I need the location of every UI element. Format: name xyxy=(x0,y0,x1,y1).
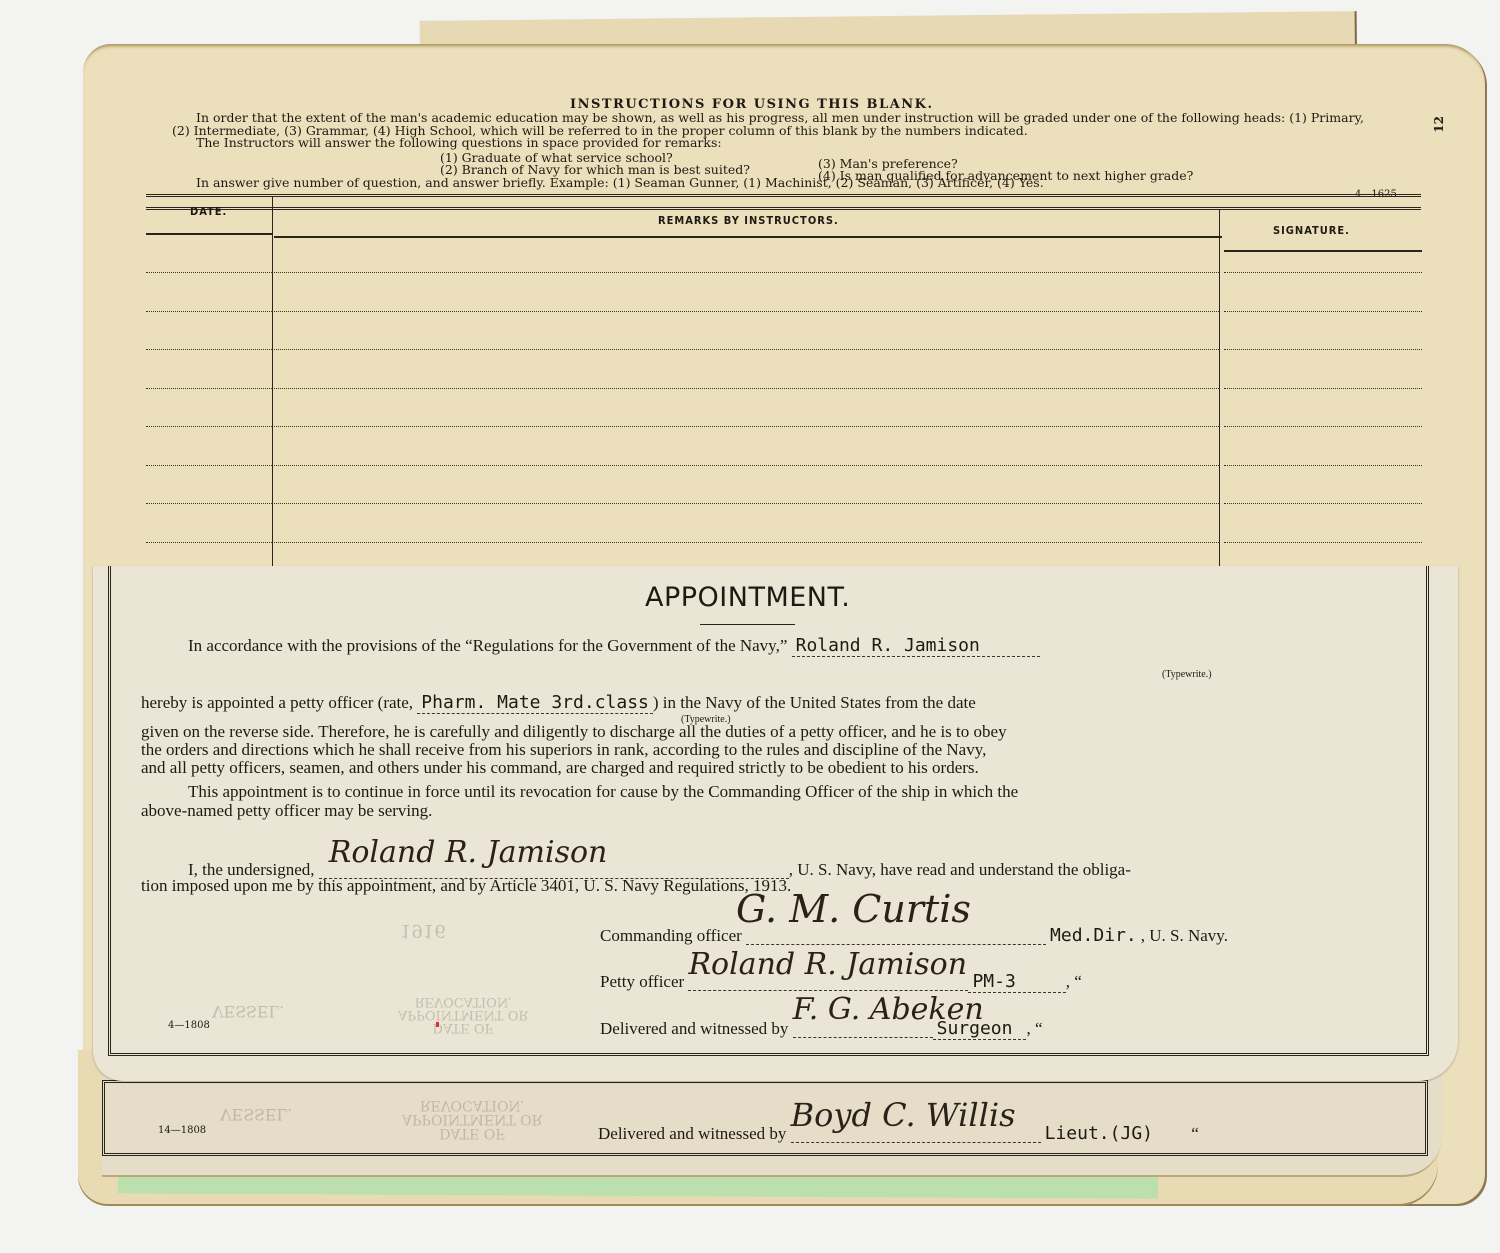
revocation-line-1: This appointment is to continue in force… xyxy=(188,783,1018,801)
table-row-line xyxy=(274,272,1219,273)
column-divider-signature xyxy=(1219,210,1220,582)
table-row-line xyxy=(146,349,272,350)
column-divider-date xyxy=(272,196,273,566)
petty-officer-signature: Roland R. Jamison xyxy=(688,956,967,974)
table-row-line xyxy=(1224,272,1422,273)
rate-field: Pharm. Mate 3rd.class xyxy=(417,692,653,714)
duties-line-2: the orders and directions which he shall… xyxy=(141,741,986,759)
column-header-signature: SIGNATURE. xyxy=(1273,224,1350,237)
table-row-line xyxy=(1224,542,1422,543)
appointment-slip-back-border xyxy=(102,1080,1428,1156)
table-row-line xyxy=(146,465,272,466)
table-row-line xyxy=(274,426,1219,427)
table-row-line xyxy=(274,542,1219,543)
table-row-line xyxy=(274,349,1219,350)
commanding-officer-signature: G. M. Curtis xyxy=(736,900,971,918)
undersigned-line-2: tion imposed upon me by this appointment… xyxy=(141,877,791,895)
table-row-line xyxy=(1224,426,1422,427)
table-row-line xyxy=(146,388,272,389)
appointment-title: APPOINTMENT. xyxy=(645,582,850,613)
under-witness-signature: Boyd C. Willis xyxy=(791,1106,1016,1124)
table-row-line xyxy=(274,388,1219,389)
answer-note: In answer give number of question, and a… xyxy=(196,176,1044,189)
table-row-line xyxy=(146,542,272,543)
form-number-appointment: 4—1808 xyxy=(168,1020,210,1031)
table-row-line xyxy=(1224,465,1422,466)
header-rule-2 xyxy=(146,207,1421,210)
commanding-officer-line: Commanding officer G. M. Curtis Med.Dir.… xyxy=(600,926,1228,945)
page-number: 12 xyxy=(1432,116,1446,133)
petty-officer-line: Petty officer Roland R. Jamison PM-3, “ xyxy=(600,972,1082,991)
table-row-line xyxy=(1224,311,1422,312)
table-row-line xyxy=(146,272,272,273)
column-header-date: DATE. xyxy=(190,205,227,218)
duties-line-1: given on the reverse side. Therefore, he… xyxy=(141,723,1007,741)
appointment-line-1: In accordance with the provisions of the… xyxy=(188,637,1040,655)
appointment-line-2: hereby is appointed a petty officer (rat… xyxy=(141,694,976,712)
table-row-line xyxy=(146,426,272,427)
column-header-remarks: REMARKS BY INSTRUCTORS. xyxy=(658,214,839,227)
form-number-under: 14—1808 xyxy=(158,1125,206,1136)
red-mark xyxy=(436,1022,439,1027)
table-row-line xyxy=(1224,349,1422,350)
table-row-line xyxy=(146,503,272,504)
undersigned-signature: Roland R. Jamison xyxy=(329,844,608,862)
witness-line: Delivered and witnessed by F. G. Abeken … xyxy=(600,1019,1043,1038)
table-row-line xyxy=(1224,388,1422,389)
table-row-line xyxy=(274,503,1219,504)
table-row-line xyxy=(146,311,272,312)
table-row-line xyxy=(274,465,1219,466)
header-rule xyxy=(146,194,1421,197)
witness-signature: F. G. Abeken xyxy=(793,1001,984,1019)
revocation-line-2: above-named petty officer may be serving… xyxy=(141,802,432,820)
table-row-line xyxy=(1224,503,1422,504)
under-witness-line: Delivered and witnessed by Boyd C. Willi… xyxy=(598,1124,1199,1143)
duties-line-3: and all petty officers, seamen, and othe… xyxy=(141,759,979,777)
table-row-line xyxy=(274,311,1219,312)
appointee-name-field: Roland R. Jamison xyxy=(792,635,1040,657)
instruction-line-3: The Instructors will answer the followin… xyxy=(196,136,722,149)
